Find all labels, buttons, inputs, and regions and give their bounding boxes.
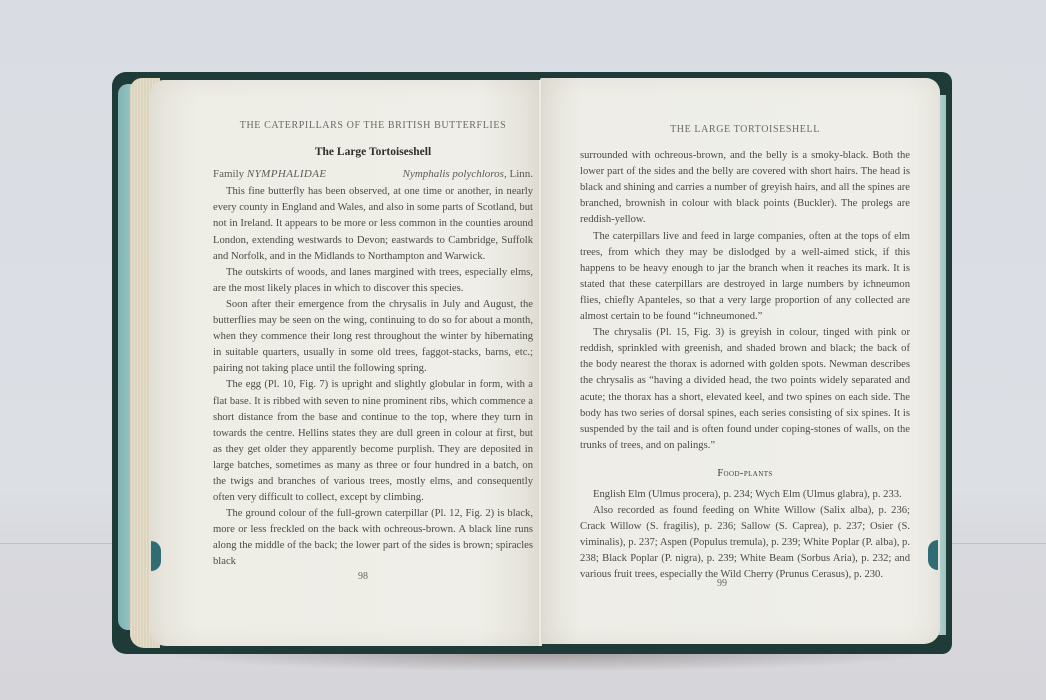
paragraph-food-plants-other: Also recorded as found feeding on White … xyxy=(580,503,910,583)
section-heading-food-plants: Food-plants xyxy=(580,466,910,482)
running-head-right: The Large Tortoiseshell xyxy=(580,122,910,138)
right-page-text: The Large Tortoiseshell surrounded with … xyxy=(580,122,910,584)
paragraph-caterpillar-cont: surrounded with ochreous-brown, and the … xyxy=(580,148,910,228)
paragraph-food-plants-main: English Elm (Ulmus procera), p. 234; Wyc… xyxy=(580,487,910,503)
paragraph-life-cycle: Soon after their emergence from the chry… xyxy=(213,297,533,377)
open-book: The Caterpillars of the British Butterfl… xyxy=(0,0,1046,700)
chapter-title: The Large Tortoiseshell xyxy=(213,144,533,160)
book-gutter xyxy=(538,80,542,646)
left-page-text: The Caterpillars of the British Butterfl… xyxy=(213,118,533,571)
paragraph-chrysalis: The chrysalis (Pl. 15, Fig. 3) is greyis… xyxy=(580,325,910,454)
page-number-right: 99 xyxy=(717,578,727,589)
author-abbrev: Linn. xyxy=(509,168,533,180)
page-number-left: 98 xyxy=(358,571,368,582)
paragraph-habitat: The outskirts of woods, and lanes margin… xyxy=(213,265,533,297)
paragraph-distribution: This fine butterfly has been observed, a… xyxy=(213,184,533,264)
family-label: Family xyxy=(213,168,244,180)
family-name: NYMPHALIDAE xyxy=(247,168,327,180)
taxonomy-line: Family NYMPHALIDAE Nymphalis polychloros… xyxy=(213,166,533,182)
paragraph-behaviour: The caterpillars live and feed in large … xyxy=(580,229,910,326)
thumb-index-tab-right xyxy=(928,540,938,570)
paragraph-caterpillar: The ground colour of the full-grown cate… xyxy=(213,506,533,570)
scientific-name: Nymphalis polychloros, xyxy=(403,168,507,180)
running-head: The Caterpillars of the British Butterfl… xyxy=(213,118,533,134)
paragraph-egg: The egg (Pl. 10, Fig. 7) is upright and … xyxy=(213,377,533,506)
